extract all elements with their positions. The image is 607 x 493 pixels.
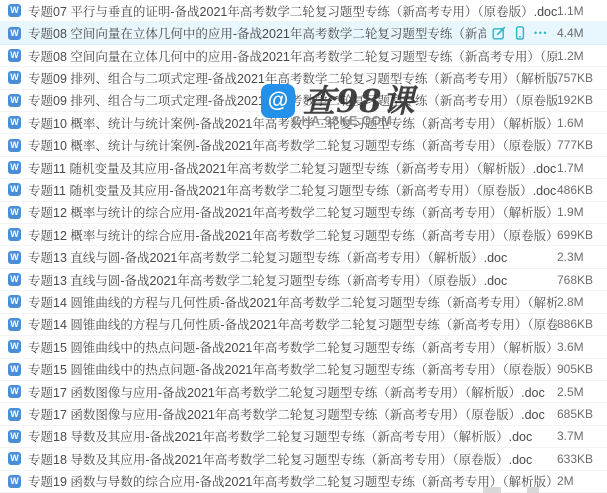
file-name[interactable]: 专题13 直线与圆-备战2021年高考数学二轮复习题型专练（新高考专用）（原卷版… <box>28 271 557 289</box>
file-name[interactable]: 专题14 圆锥曲线的方程与几何性质-备战2021年高考数学二轮复习题型专练（新高… <box>28 315 557 333</box>
word-doc-icon: W <box>8 94 21 107</box>
file-name[interactable]: 专题13 直线与圆-备战2021年高考数学二轮复习题型专练（新高考专用）（解析版… <box>28 248 557 266</box>
file-size: 1.1M <box>557 4 607 18</box>
word-doc-icon: W <box>8 318 21 331</box>
word-doc-icon: W <box>8 408 21 421</box>
file-name[interactable]: 专题17 函数图像与应用-备战2021年高考数学二轮复习题型专练（新高考专用）（… <box>28 383 557 401</box>
file-size: 486KB <box>557 183 607 197</box>
file-size: 886KB <box>557 317 607 331</box>
file-size: 192KB <box>557 93 607 107</box>
file-size: 1.2M <box>557 49 607 63</box>
file-size: 777KB <box>557 138 607 152</box>
file-size: 2.5M <box>557 385 607 399</box>
file-name[interactable]: 专题15 圆锥曲线中的热点问题-备战2021年高考数学二轮复习题型专练（新高考专… <box>28 360 557 378</box>
word-doc-icon: W <box>8 183 21 196</box>
word-doc-icon: W <box>8 228 21 241</box>
next-row-fragment <box>483 487 501 493</box>
file-name[interactable]: 专题11 随机变量及其应用-备战2021年高考数学二轮复习题型专练（新高考专用）… <box>28 181 557 199</box>
file-list-panel: W 专题07 平行与垂直的证明-备战2021年高考数学二轮复习题型专练（新高考专… <box>0 0 607 493</box>
word-doc-icon: W <box>8 27 21 40</box>
file-name[interactable]: 专题19 函数与导数的综合应用-备战2021年高考数学二轮复习题型专练（新高考专… <box>28 472 557 490</box>
file-name[interactable]: 专题12 概率与统计的综合应用-备战2021年高考数学二轮复习题型专练（新高考专… <box>28 203 557 221</box>
file-size: 2.3M <box>557 250 607 264</box>
file-row[interactable]: W 专题14 圆锥曲线的方程与几何性质-备战2021年高考数学二轮复习题型专练（… <box>0 291 607 313</box>
file-row[interactable]: W 专题15 圆锥曲线中的热点问题-备战2021年高考数学二轮复习题型专练（新高… <box>0 336 607 358</box>
file-size: 3.7M <box>557 429 607 443</box>
next-row-fragment <box>527 487 539 493</box>
file-row[interactable]: W 专题14 圆锥曲线的方程与几何性质-备战2021年高考数学二轮复习题型专练（… <box>0 314 607 336</box>
file-size: 905KB <box>557 362 607 376</box>
file-row[interactable]: W 专题09 排列、组合与二项式定理-备战2021年高考数学二轮复习题型专练（新… <box>0 67 607 89</box>
file-size: 2.8M <box>557 295 607 309</box>
file-row[interactable]: W 专题10 概率、统计与统计案例-备战2021年高考数学二轮复习题型专练（新高… <box>0 112 607 134</box>
file-name[interactable]: 专题07 平行与垂直的证明-备战2021年高考数学二轮复习题型专练（新高考专用）… <box>28 2 557 20</box>
file-row[interactable]: W 专题18 导数及其应用-备战2021年高考数学二轮复习题型专练（新高考专用）… <box>0 426 607 448</box>
file-row[interactable]: W 专题10 概率、统计与统计案例-备战2021年高考数学二轮复习题型专练（新高… <box>0 134 607 156</box>
file-size: 633KB <box>557 452 607 466</box>
file-size: 2M <box>557 474 607 488</box>
file-row[interactable]: W 专题18 导数及其应用-备战2021年高考数学二轮复习题型专练（新高考专用）… <box>0 448 607 470</box>
word-doc-icon: W <box>8 116 21 129</box>
file-size: 4.4M <box>557 26 607 40</box>
edit-icon[interactable] <box>492 26 506 40</box>
file-name[interactable]: 专题10 概率、统计与统计案例-备战2021年高考数学二轮复习题型专练（新高考专… <box>28 114 557 132</box>
file-row[interactable]: W 专题08 空间向量在立体几何中的应用-备战2021年高考数学二轮复习题型专练… <box>0 45 607 67</box>
file-row[interactable]: W 专题12 概率与统计的综合应用-备战2021年高考数学二轮复习题型专练（新高… <box>0 202 607 224</box>
file-row[interactable]: W 专题11 随机变量及其应用-备战2021年高考数学二轮复习题型专练（新高考专… <box>0 179 607 201</box>
file-name[interactable]: 专题08 空间向量在立体几何中的应用-备战2021年高考数学二轮复习题型专练（新… <box>28 24 486 42</box>
file-size: 768KB <box>557 273 607 287</box>
file-name[interactable]: 专题18 导数及其应用-备战2021年高考数学二轮复习题型专练（新高考专用）（原… <box>28 450 557 468</box>
file-row[interactable]: W 专题09 排列、组合与二项式定理-备战2021年高考数学二轮复习题型专练（新… <box>0 90 607 112</box>
file-name[interactable]: 专题12 概率与统计的综合应用-备战2021年高考数学二轮复习题型专练（新高考专… <box>28 226 557 244</box>
file-row[interactable]: W 专题17 函数图像与应用-备战2021年高考数学二轮复习题型专练（新高考专用… <box>0 403 607 425</box>
file-name[interactable]: 专题17 函数图像与应用-备战2021年高考数学二轮复习题型专练（新高考专用）（… <box>28 405 557 423</box>
file-row[interactable]: W 专题08 空间向量在立体几何中的应用-备战2021年高考数学二轮复习题型专练… <box>0 22 607 44</box>
word-doc-icon: W <box>8 139 21 152</box>
file-size: 1.9M <box>557 205 607 219</box>
file-row[interactable]: W 专题19 函数与导数的综合应用-备战2021年高考数学二轮复习题型专练（新高… <box>0 471 607 493</box>
file-name[interactable]: 专题15 圆锥曲线中的热点问题-备战2021年高考数学二轮复习题型专练（新高考专… <box>28 338 557 356</box>
file-row[interactable]: W 专题13 直线与圆-备战2021年高考数学二轮复习题型专练（新高考专用）（解… <box>0 246 607 268</box>
file-size: 1.6M <box>557 116 607 130</box>
file-name[interactable]: 专题10 概率、统计与统计案例-备战2021年高考数学二轮复习题型专练（新高考专… <box>28 136 557 154</box>
file-name[interactable]: 专题18 导数及其应用-备战2021年高考数学二轮复习题型专练（新高考专用）（解… <box>28 427 557 445</box>
file-row[interactable]: W 专题12 概率与统计的综合应用-备战2021年高考数学二轮复习题型专练（新高… <box>0 224 607 246</box>
file-name[interactable]: 专题11 随机变量及其应用-备战2021年高考数学二轮复习题型专练（新高考专用）… <box>28 159 557 177</box>
word-doc-icon: W <box>8 430 21 443</box>
word-doc-icon: W <box>8 161 21 174</box>
file-row[interactable]: W 专题15 圆锥曲线中的热点问题-备战2021年高考数学二轮复习题型专练（新高… <box>0 359 607 381</box>
word-doc-icon: W <box>8 452 21 465</box>
file-size: 3.6M <box>557 340 607 354</box>
file-size: 685KB <box>557 407 607 421</box>
file-name[interactable]: 专题14 圆锥曲线的方程与几何性质-备战2021年高考数学二轮复习题型专练（新高… <box>28 293 557 311</box>
word-doc-icon: W <box>8 295 21 308</box>
file-list: W 专题07 平行与垂直的证明-备战2021年高考数学二轮复习题型专练（新高考专… <box>0 0 607 493</box>
file-name[interactable]: 专题08 空间向量在立体几何中的应用-备战2021年高考数学二轮复习题型专练（新… <box>28 47 557 65</box>
mobile-icon[interactable] <box>513 26 527 40</box>
file-size: 757KB <box>557 71 607 85</box>
word-doc-icon: W <box>8 49 21 62</box>
word-doc-icon: W <box>8 251 21 264</box>
file-name[interactable]: 专题09 排列、组合与二项式定理-备战2021年高考数学二轮复习题型专练（新高考… <box>28 69 557 87</box>
file-row[interactable]: W 专题17 函数图像与应用-备战2021年高考数学二轮复习题型专练（新高考专用… <box>0 381 607 403</box>
word-doc-icon: W <box>8 206 21 219</box>
word-doc-icon: W <box>8 363 21 376</box>
file-size: 1.7M <box>557 161 607 175</box>
word-doc-icon: W <box>8 340 21 353</box>
word-doc-icon: W <box>8 273 21 286</box>
word-doc-icon: W <box>8 475 21 488</box>
file-row[interactable]: W 专题11 随机变量及其应用-备战2021年高考数学二轮复习题型专练（新高考专… <box>0 157 607 179</box>
word-doc-icon: W <box>8 4 21 17</box>
row-actions: ••• <box>492 26 548 40</box>
file-row[interactable]: W 专题13 直线与圆-备战2021年高考数学二轮复习题型专练（新高考专用）（原… <box>0 269 607 291</box>
word-doc-icon: W <box>8 71 21 84</box>
word-doc-icon: W <box>8 385 21 398</box>
more-actions-icon[interactable]: ••• <box>534 29 548 38</box>
file-name[interactable]: 专题09 排列、组合与二项式定理-备战2021年高考数学二轮复习题型专练（新高考… <box>28 91 557 109</box>
file-row[interactable]: W 专题07 平行与垂直的证明-备战2021年高考数学二轮复习题型专练（新高考专… <box>0 0 607 22</box>
file-size: 699KB <box>557 228 607 242</box>
